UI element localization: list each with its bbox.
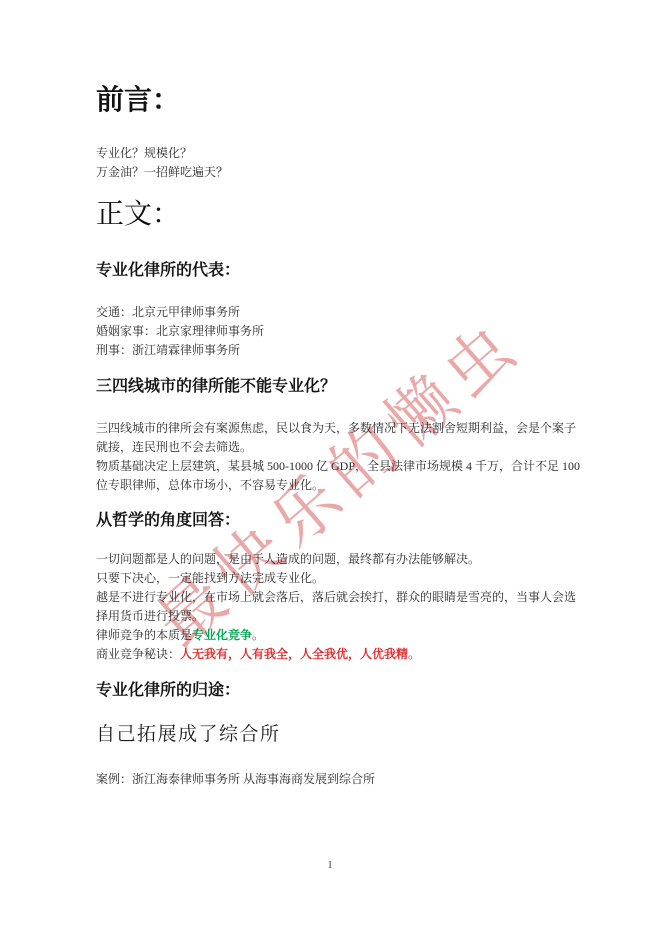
list-item-criminal-firm: 刑事：浙江靖霖律师事务所 xyxy=(96,341,590,360)
preface-line: 万金油？一招鲜吃遍天？ xyxy=(96,163,590,182)
essence-highlight-green: 专业化竞争 xyxy=(192,628,252,642)
document-page: 最快乐的懒虫 前言： 专业化？规模化？ 万金油？一招鲜吃遍天？ 正文： 专业化律… xyxy=(0,0,660,933)
case-example-line: 案例：浙江海泰律师事务所 从海事海商发展到综合所 xyxy=(96,770,590,789)
secret-suffix: 。 xyxy=(408,647,420,661)
list-item-family-firm: 婚姻家事：北京家理律师事务所 xyxy=(96,322,590,341)
essence-prefix: 律师竞争的本质是 xyxy=(96,628,192,642)
business-secret-line: 商业竞争秘诀：人无我有，人有我全，人全我优，人优我精。 xyxy=(96,645,590,664)
question-paragraph-market: 物质基础决定上层建筑，某县城 500-1000 亿 GDP，全县法律市场规模 4… xyxy=(96,457,590,495)
section-heading-representatives: 专业化律所的代表： xyxy=(96,260,590,282)
main-text-heading: 正文： xyxy=(96,198,590,232)
representatives-list: 交通：北京元甲律师事务所 婚姻家事：北京家理律师事务所 刑事：浙江靖霖律师事务所 xyxy=(96,303,590,360)
list-item-traffic-firm: 交通：北京元甲律师事务所 xyxy=(96,303,590,322)
section-heading-question: 三四线城市的律所能不能专业化？ xyxy=(96,376,590,398)
section-heading-philosophy: 从哲学的角度回答： xyxy=(96,510,590,532)
preface-line: 专业化？规模化？ xyxy=(96,144,590,163)
section-heading-destiny: 专业化律所的归途： xyxy=(96,680,590,702)
competition-essence-line: 律师竞争的本质是专业化竞争。 xyxy=(96,626,590,645)
secret-highlight-red: 人无我有，人有我全，人全我优，人优我精 xyxy=(180,647,408,661)
secret-prefix: 商业竞争秘诀： xyxy=(96,647,180,661)
essence-suffix: 。 xyxy=(252,628,264,642)
question-paragraph-anxiety: 三四线城市的律所会有案源焦虑，民以食为天，多数情况下无法割舍短期利益，会是个案子… xyxy=(96,419,590,457)
page-number: 1 xyxy=(0,858,660,873)
philosophy-paragraph: 一切问题都是人的问题，是由于人造成的问题，最终都有办法能够解决。 只要下决心，一… xyxy=(96,550,590,626)
destiny-subheading: 自己拓展成了综合所 xyxy=(96,722,590,748)
page-number-value: 1 xyxy=(327,859,333,871)
preface-paragraph: 专业化？规模化？ 万金油？一招鲜吃遍天？ xyxy=(96,144,590,182)
page-content: 前言： 专业化？规模化？ 万金油？一招鲜吃遍天？ 正文： 专业化律所的代表： 交… xyxy=(0,0,660,789)
preface-heading: 前言： xyxy=(96,84,590,118)
